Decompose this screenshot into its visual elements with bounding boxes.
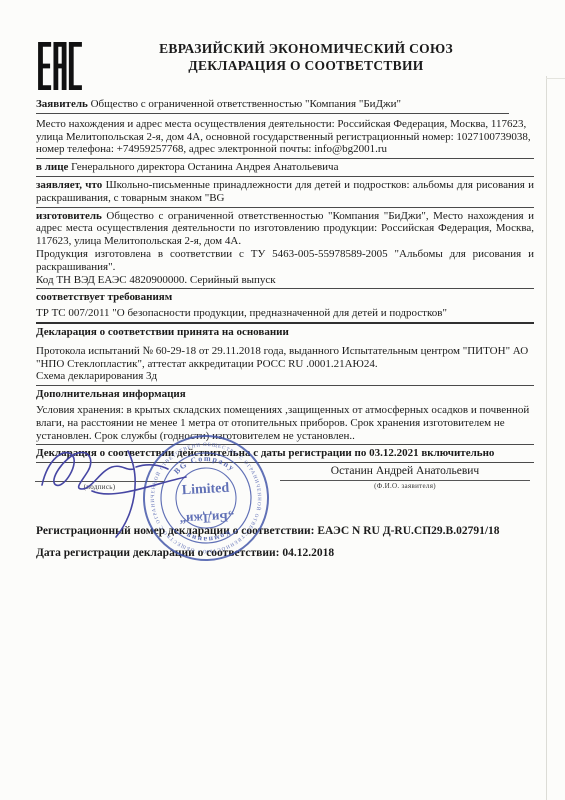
manufacturer-label: изготовитель: [36, 210, 102, 222]
signature-block: (подпись) ОБЩЕСТВО С ОГРАНИЧЕННОЙ ОТВЕТС…: [36, 465, 534, 519]
field-declares: заявляет, что Школьно-письменные принадл…: [36, 179, 534, 208]
signature-line: [35, 481, 164, 482]
in-person-label: в лице: [36, 161, 68, 173]
scan-edge-line-top: [546, 78, 565, 79]
field-applicant: Заявитель Общество с ограниченной ответс…: [36, 98, 534, 116]
document-body: Заявитель Общество с ограниченной ответс…: [36, 98, 534, 559]
fio-line: [280, 480, 530, 481]
registration-number-line: Регистрационный номер декларации о соотв…: [36, 525, 534, 537]
page-title-line2: ДЕКЛАРАЦИЯ О СООТВЕТСТВИИ: [150, 57, 462, 74]
field-manufacturer-block: изготовитель Общество с ограниченной отв…: [36, 210, 534, 290]
scan-edge-line: [546, 76, 547, 800]
basis-heading: Декларация о соответствии принята на осн…: [36, 326, 534, 341]
stamp-center-line1: Limited: [181, 481, 229, 498]
address-value: Место нахождения и адрес места осуществл…: [36, 118, 531, 156]
scheme-line: Схема декларирования 3д: [36, 370, 534, 383]
declares-label: заявляет, что: [36, 179, 102, 191]
applicant-label: Заявитель: [36, 98, 88, 110]
basis-value: Протокола испытаний № 60-29-18 от 29.11.…: [36, 345, 534, 371]
page-title-line1: ЕВРАЗИЙСКИЙ ЭКОНОМИЧЕСКИЙ СОЮЗ: [150, 40, 462, 57]
signature-caption: (подпись): [35, 483, 164, 491]
additional-heading: Дополнительная информация: [36, 388, 534, 403]
fio-caption: (Ф.И.О. заявителя): [280, 482, 530, 490]
in-person-value: Генерального директора Останина Андрея А…: [68, 161, 338, 173]
field-address: Место нахождения и адрес места осуществл…: [36, 118, 534, 159]
declares-value: Школьно-письменные принадлежности для де…: [36, 179, 534, 204]
registration-date-line: Дата регистрации декларации о соответств…: [36, 547, 534, 559]
field-basis-block: Протокола испытаний № 60-29-18 от 29.11.…: [36, 345, 534, 386]
declaration-document: ЕВРАЗИЙСКИЙ ЭКОНОМИЧЕСКИЙ СОЮЗ ДЕКЛАРАЦИ…: [0, 0, 565, 800]
manufacturer-paragraph: изготовитель Общество с ограниченной отв…: [36, 210, 534, 248]
tnved-line: Код ТН ВЭД ЕАЭС 4820900000. Серийный вып…: [36, 274, 534, 287]
manufacturer-value: Общество с ограниченной ответственностью…: [36, 210, 534, 248]
applicant-fio: Останин Андрей Анатольевич: [280, 465, 530, 477]
eac-mark-logo: [38, 42, 82, 90]
document-title: ЕВРАЗИЙСКИЙ ЭКОНОМИЧЕСКИЙ СОЮЗ ДЕКЛАРАЦИ…: [150, 0, 462, 74]
production-note: Продукция изготовлена в соответствии с Т…: [36, 248, 534, 274]
complies-heading: соответствует требованиям: [36, 291, 534, 306]
complies-value: ТР ТС 007/2011 "О безопасности продукции…: [36, 307, 534, 324]
additional-value: Условия хранения: в крытых складских пом…: [36, 404, 534, 445]
field-in-person: в лице Генерального директора Останина А…: [36, 161, 534, 177]
validity-line: Декларация о соответствии действительна …: [36, 447, 534, 463]
applicant-value: Общество с ограниченной ответственностью…: [88, 98, 401, 110]
